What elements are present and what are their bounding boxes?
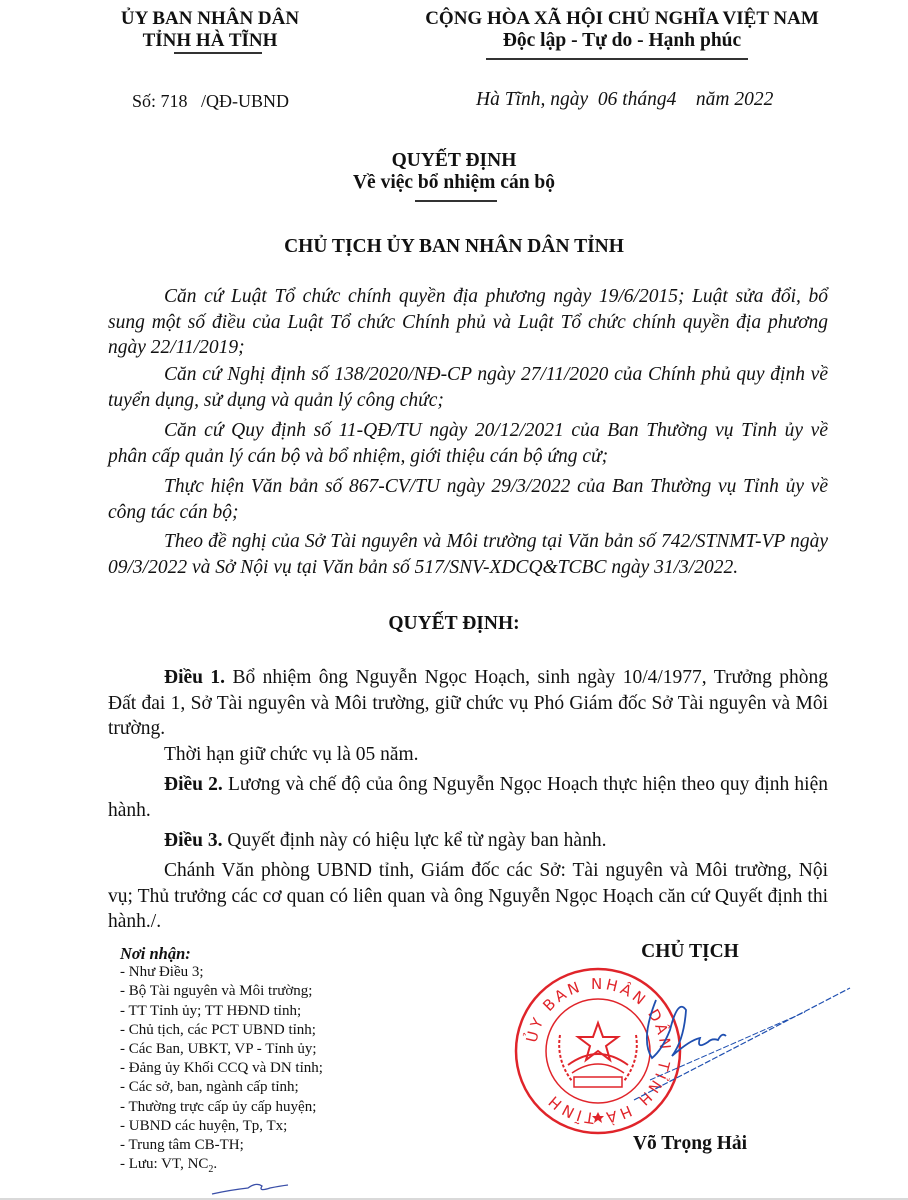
recipient: - Chủ tịch, các PCT UBND tỉnh;	[120, 1021, 323, 1040]
agency-line-2: TỈNH HÀ TĨNH	[95, 30, 325, 52]
recipient: - Các Ban, UBKT, VP - Tỉnh ủy;	[120, 1040, 323, 1059]
basis-2: Căn cứ Nghị định số 138/2020/NĐ-CP ngày …	[108, 362, 828, 413]
term-note-text: Thời hạn giữ chức vụ là 05 năm.	[164, 744, 419, 765]
recipient: - Lưu: VT, NC2.	[120, 1155, 323, 1179]
article-3: Điều 3. Quyết định này có hiệu lực kể từ…	[108, 828, 828, 854]
motto-underline	[486, 58, 748, 60]
basis-1: Căn cứ Luật Tổ chức chính quyền địa phươ…	[108, 284, 828, 361]
signer-position: CHỦ TỊCH	[590, 941, 790, 963]
article-1: Điều 1. Bổ nhiệm ông Nguyễn Ngọc Hoạch, …	[108, 665, 828, 742]
national-motto: Độc lập - Tự do - Hạnh phúc	[392, 30, 852, 52]
article-3-label: Điều 3.	[164, 830, 223, 851]
recipient-text: - Lưu: VT, NC	[120, 1156, 208, 1172]
recipient: - Bộ Tài nguyên và Môi trường;	[120, 982, 323, 1001]
recipients-title: Nơi nhận:	[120, 944, 323, 963]
recipient: - TT Tỉnh ủy; TT HĐND tỉnh;	[120, 1002, 323, 1021]
recipient: - Trung tâm CB-TH;	[120, 1136, 323, 1155]
place-date: Hà Tĩnh, ngày 06 tháng4 năm 2022	[476, 89, 773, 111]
recipients-list: Nơi nhận: - Như Điều 3; - Bộ Tài nguyên …	[120, 944, 323, 1179]
issuing-authority: CHỦ TỊCH ỦY BAN NHÂN DÂN TỈNH	[0, 236, 908, 258]
subject-underline	[415, 200, 497, 202]
signer-name: Võ Trọng Hải	[590, 1133, 790, 1155]
nation-name: CỘNG HÒA XÃ HỘI CHỦ NGHĨA VIỆT NAM	[392, 8, 852, 30]
document-title: QUYẾT ĐỊNH Về việc bổ nhiệm cán bộ	[0, 150, 908, 194]
basis-3: Căn cứ Quy định số 11-QĐ/TU ngày 20/12/2…	[108, 418, 828, 469]
title-main: QUYẾT ĐỊNH	[0, 150, 908, 172]
national-title: CỘNG HÒA XÃ HỘI CHỦ NGHĨA VIỆT NAM Độc l…	[392, 8, 852, 52]
article-3-text: Quyết định này có hiệu lực kể từ ngày ba…	[223, 830, 607, 851]
execution-clause-text: Chánh Văn phòng UBND tỉnh, Giám đốc các …	[108, 860, 828, 932]
basis-5: Theo đề nghị của Sở Tài nguyên và Môi tr…	[108, 529, 828, 580]
recipient: - Như Điều 3;	[120, 963, 323, 982]
basis-4: Thực hiện Văn bản số 867-CV/TU ngày 29/3…	[108, 474, 828, 525]
article-2: Điều 2. Lương và chế độ của ông Nguyễn N…	[108, 772, 828, 823]
title-subject: Về việc bổ nhiệm cán bộ	[0, 172, 908, 194]
execution-clause: Chánh Văn phòng UBND tỉnh, Giám đốc các …	[108, 858, 828, 935]
article-2-label: Điều 2.	[164, 774, 223, 795]
document-number: Số: 718 /QĐ-UBND	[132, 91, 289, 112]
agency-underline	[174, 52, 262, 54]
recipient-suffix: .	[213, 1156, 217, 1172]
recipient: - Đảng ủy Khối CCQ và DN tỉnh;	[120, 1059, 323, 1078]
signature-icon	[630, 980, 860, 1110]
decision-heading: QUYẾT ĐỊNH:	[0, 613, 908, 635]
recipient: - Các sở, ban, ngành cấp tỉnh;	[120, 1078, 323, 1097]
agency-name: ỦY BAN NHÂN DÂN TỈNH HÀ TĨNH	[95, 8, 325, 52]
recipient: - UBND các huyện, Tp, Tx;	[120, 1117, 323, 1136]
agency-line-1: ỦY BAN NHÂN DÂN	[95, 8, 325, 30]
article-1-label: Điều 1.	[164, 667, 225, 688]
term-note: Thời hạn giữ chức vụ là 05 năm.	[108, 742, 828, 768]
recipient: - Thường trực cấp ủy cấp huyện;	[120, 1098, 323, 1117]
initial-mark-icon	[210, 1180, 290, 1198]
